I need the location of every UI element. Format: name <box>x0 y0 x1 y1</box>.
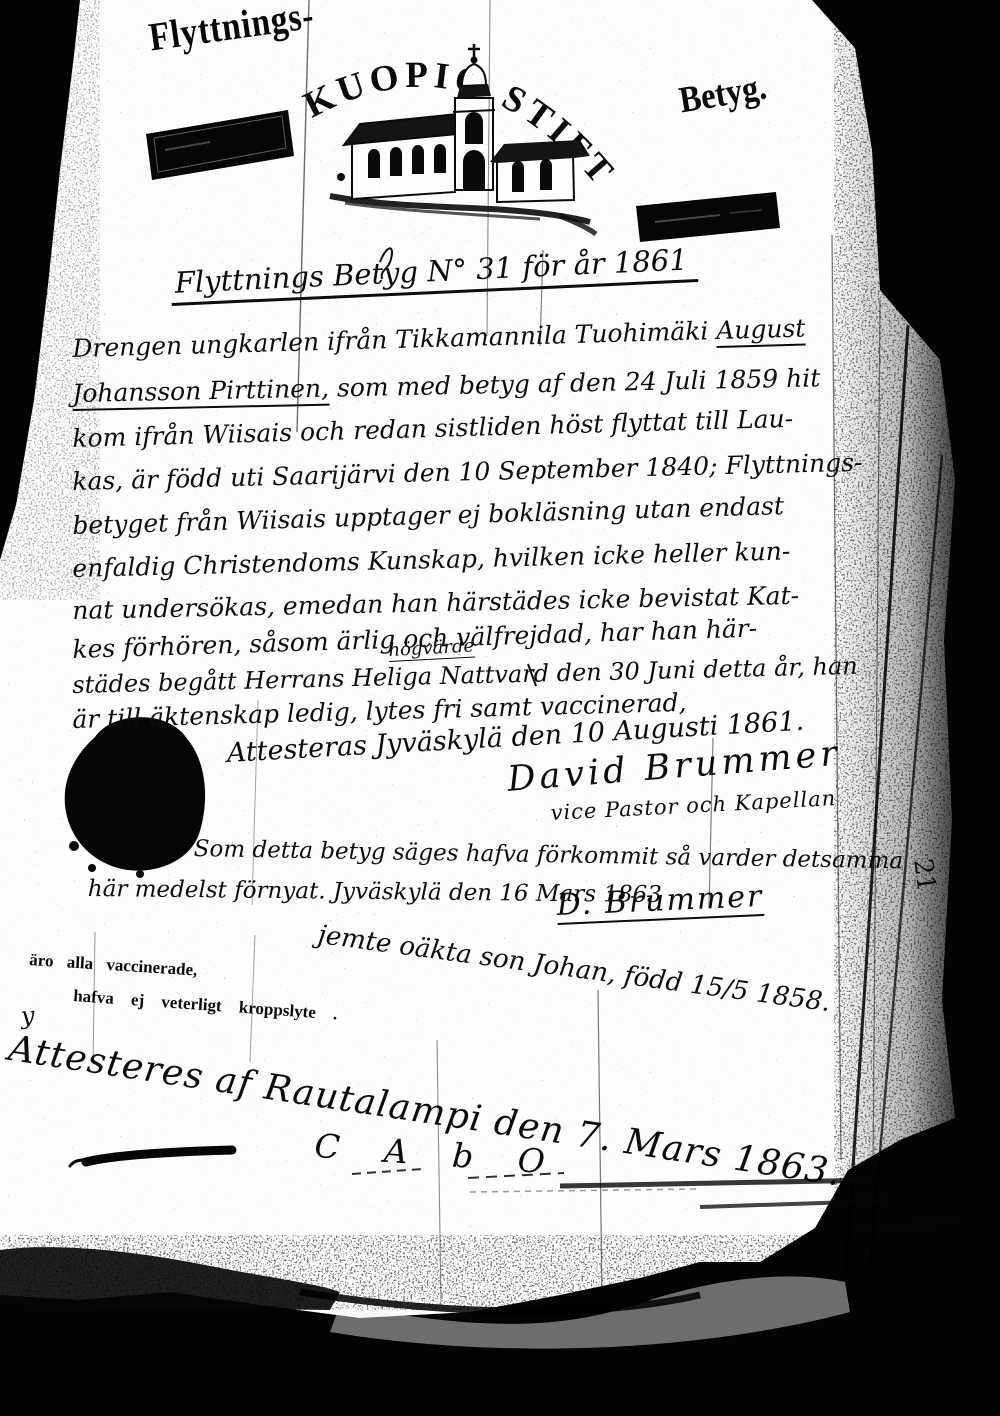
body-line-text: som med betyg af den 24 Juli 1859 hit <box>329 363 821 402</box>
son-note: jemte oäkta son Johan, född 15/5 1858. <box>316 920 832 1018</box>
certificate-title-text: Flyttnings Betyg N° 31 för år 1861 <box>170 242 699 306</box>
body-line: kom ifrån Wiisais och redan sistliden hö… <box>72 404 793 453</box>
person-name: Johansson Pirttinen, <box>72 374 329 411</box>
signature-d-brummer: D. Brummer <box>556 879 764 925</box>
body-line: kas, är född uti Saarijärvi den 10 Septe… <box>72 448 863 496</box>
inserted-word: högvärde <box>388 636 475 662</box>
renewal-line: Som detta betyg säges hafva förkommit så… <box>194 836 904 874</box>
certificate-title: Flyttnings Betyg N° 31 för år 1861 <box>170 242 698 300</box>
printed-note-line: hafva ej veterligt kroppslyte . <box>73 986 338 1024</box>
printed-note-line: äro alla vaccinerade, <box>29 950 198 981</box>
text-layer: Flyttnings- Betyg. Flyttnings Betyg N° 3… <box>0 0 1000 1416</box>
body-line: Drengen ungkarlen ifrån Tikkamannila Tuo… <box>72 314 806 363</box>
check-mark: y <box>20 1001 35 1030</box>
body-line: Johansson Pirttinen, som med betyg af de… <box>72 363 821 408</box>
body-line-text: Drengen ungkarlen ifrån Tikkamannila Tuo… <box>72 316 717 363</box>
body-line: betyget från Wiisais upptager ej bokläsn… <box>72 491 784 540</box>
header-right-title: Betyg. <box>676 66 770 123</box>
scanned-certificate-page: KUOPIO STIFT. <box>0 0 1000 1416</box>
person-name: August <box>716 314 806 348</box>
header-left-title: Flyttnings- <box>146 0 317 61</box>
body-line: enfaldig Christendoms Kunskap, hvilken i… <box>72 536 791 583</box>
